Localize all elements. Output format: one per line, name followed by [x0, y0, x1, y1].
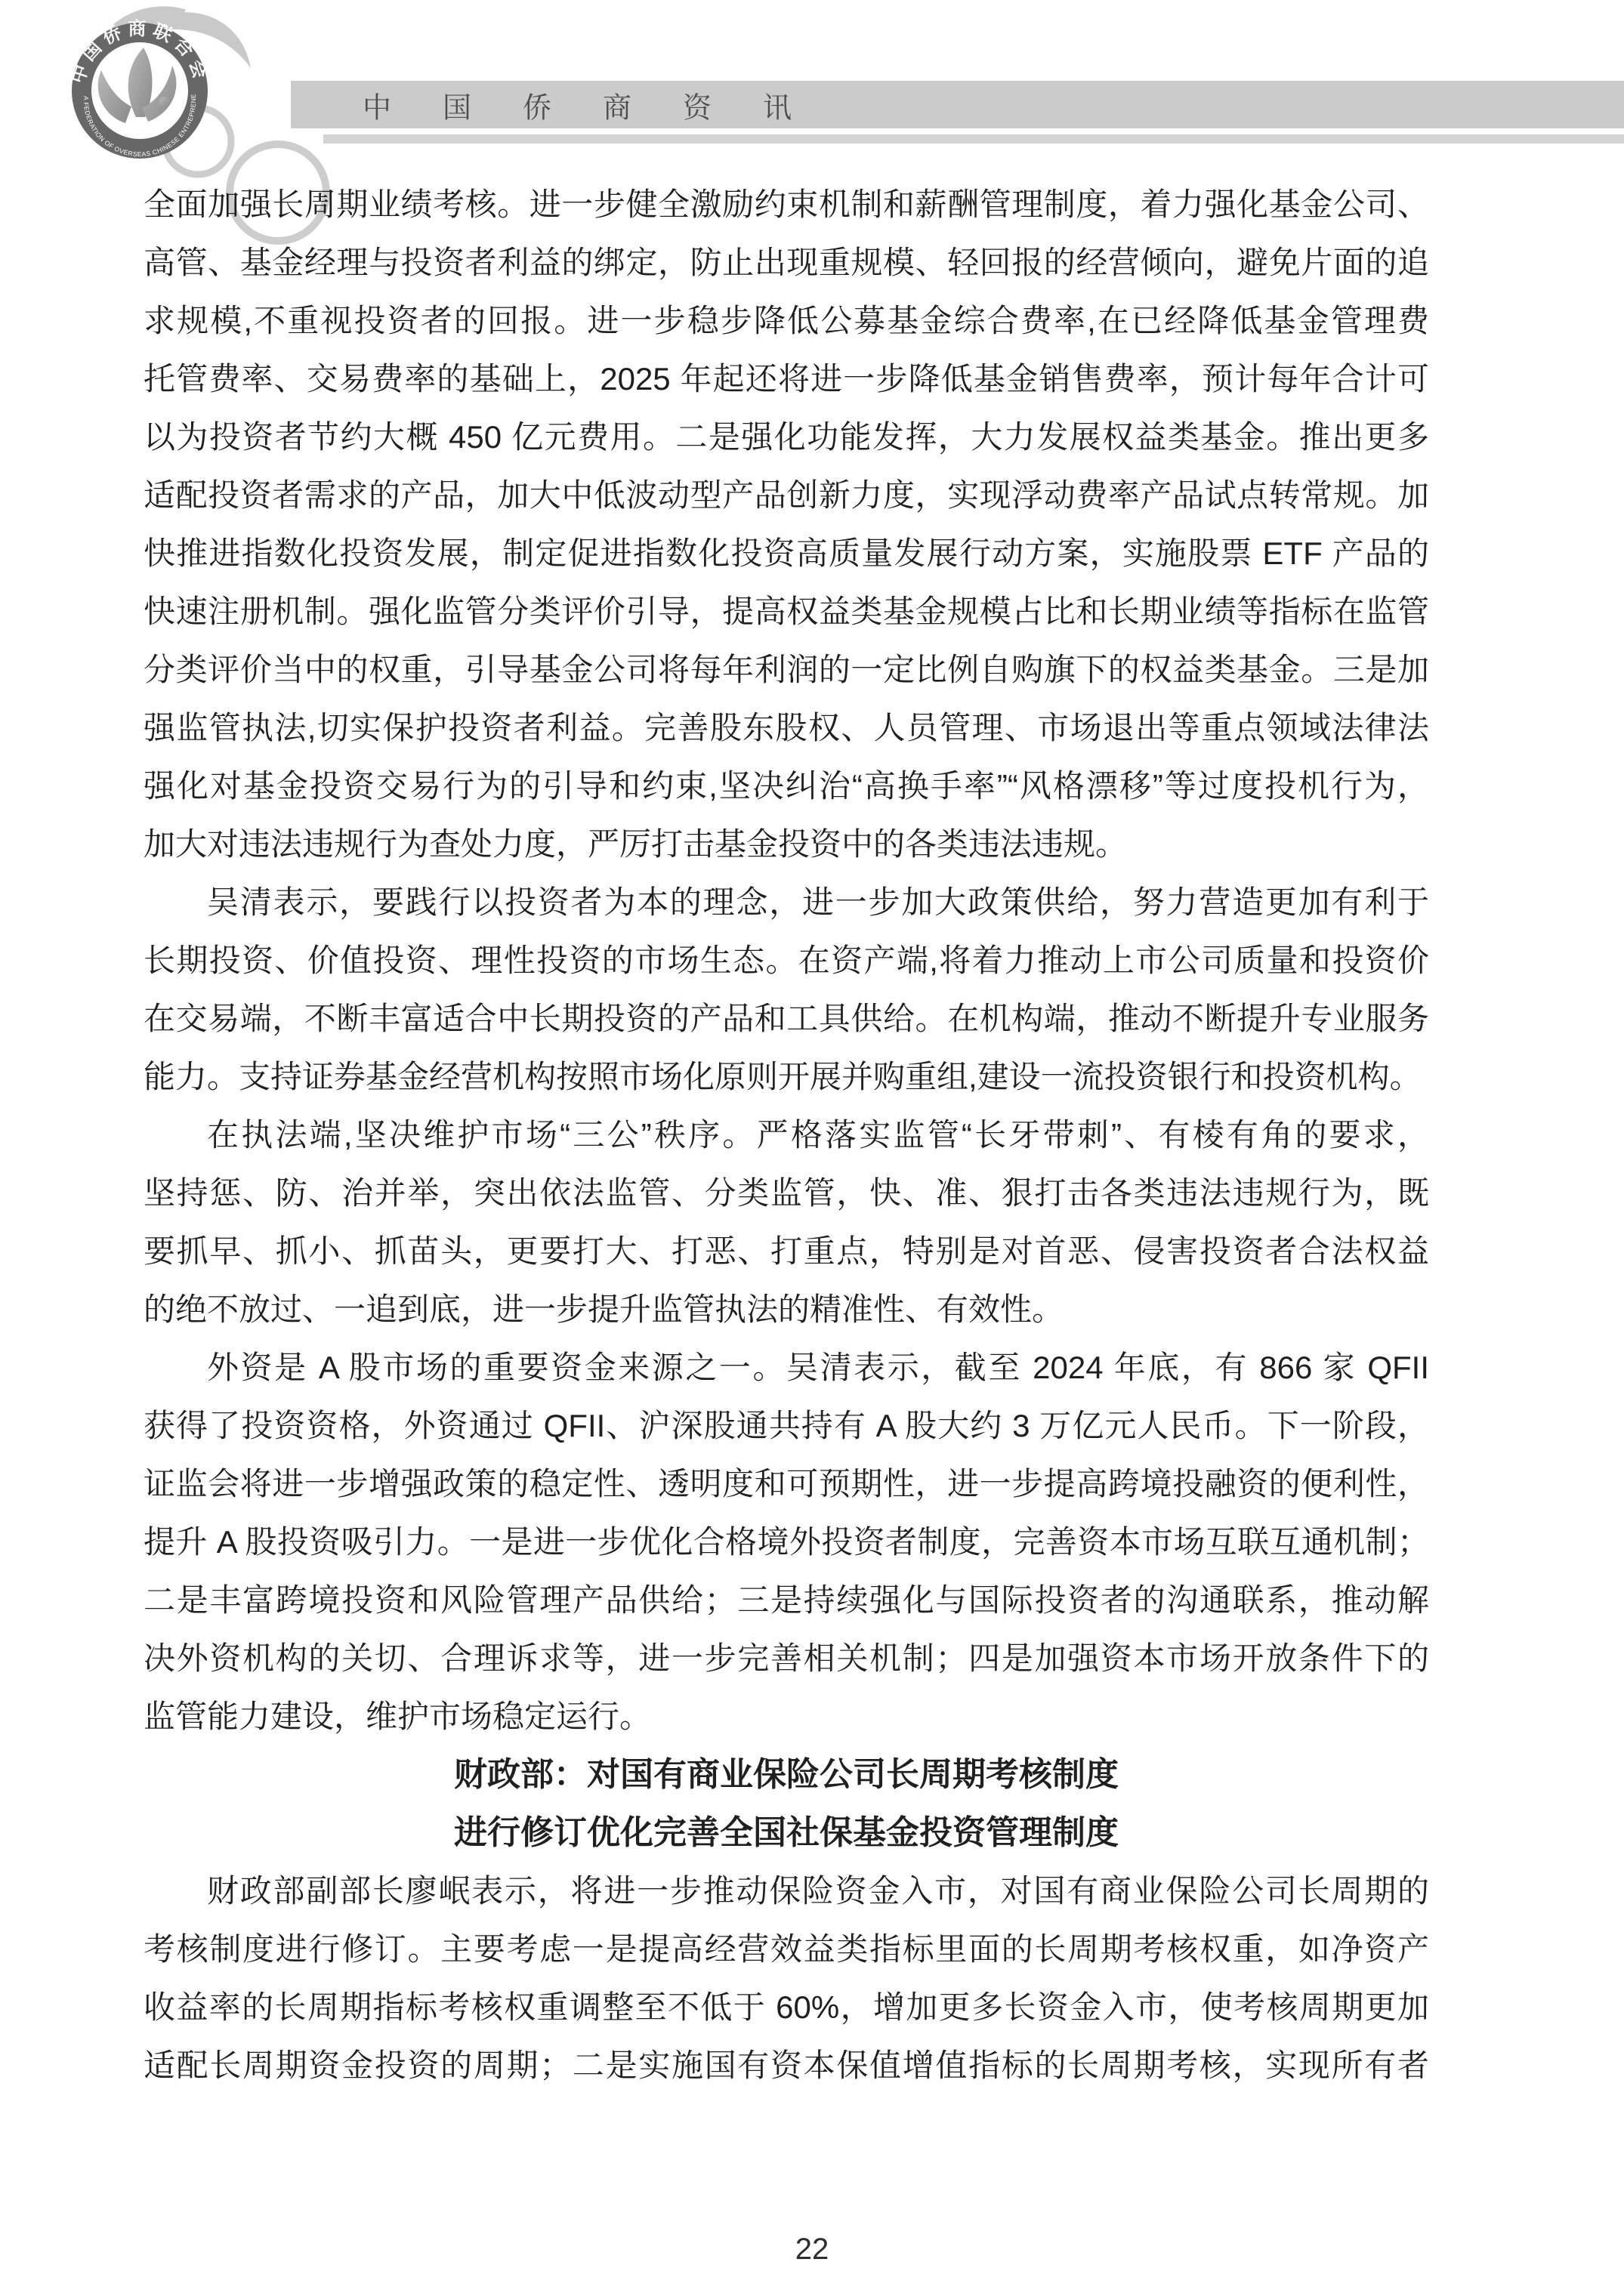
text-line: 求规模,不重视投资者的回报。进一步稳步降低公募基金综合费率,在已经降低基金管理费… — [144, 292, 1429, 350]
text-line: 外资是 A 股市场的重要资金来源之一。吴清表示，截至 2024 年底，有 866… — [144, 1338, 1429, 1396]
text-line: 在执法端,坚决维护市场“三公”秩序。严格落实监管“长牙带刺”、有棱有角的要求， — [144, 1106, 1429, 1164]
text-line: 高管、基金经理与投资者利益的绑定，防止出现重规模、轻回报的经营倾向，避免片面的追 — [144, 233, 1429, 292]
text-line: 二是丰富跨境投资和风险管理产品供给；三是持续强化与国际投资者的沟通联系，推动解 — [144, 1571, 1429, 1629]
text-line: 长期投资、价值投资、理性投资的市场生态。在资产端,将着力推动上市公司质量和投资价… — [144, 931, 1429, 989]
text-line: 快推进指数化投资发展，制定促进指数化投资高质量发展行动方案，实施股票 ETF 产… — [144, 524, 1429, 582]
text-line: 的绝不放过、一追到底，进一步提升监管执法的精准性、有效性。 — [144, 1280, 1429, 1338]
text-line: 以为投资者节约大概 450 亿元费用。二是强化功能发挥，大力发展权益类基金。推出… — [144, 408, 1429, 466]
text-line: 适配投资者需求的产品，加大中低波动型产品创新力度，实现浮动费率产品试点转常规。加 — [144, 466, 1429, 524]
text-line: 证监会将进一步增强政策的稳定性、透明度和可预期性，进一步提高跨境投融资的便利性， — [144, 1455, 1429, 1513]
text-line: 能力。支持证券基金经营机构按照市场化原则开展并购重组,建设一流投资银行和投资机构… — [144, 1048, 1429, 1106]
text-line: 坚持惩、防、治并举，突出依法监管、分类监管，快、准、狠打击各类违法违规行为，既 — [144, 1164, 1429, 1222]
text-line: 获得了投资资格，外资通过 QFII、沪深股通共持有 A 股大约 3 万亿元人民币… — [144, 1396, 1429, 1455]
header-banner: 中国侨商资讯 — [291, 81, 1624, 128]
section-heading-line: 进行修订优化完善全国社保基金投资管理制度 — [144, 1804, 1429, 1862]
text-line: 强化对基金投资交易行为的引导和约束,坚决纠治“高换手率”“风格漂移”等过度投机行… — [144, 757, 1429, 815]
text-line: 提升 A 股投资吸引力。一是进一步优化合格境外投资者制度，完善资本市场互联互通机… — [144, 1513, 1429, 1571]
text-line: 托管费率、交易费率的基础上，2025 年起还将进一步降低基金销售费率，预计每年合… — [144, 350, 1429, 408]
text-line: 吴清表示，要践行以投资者为本的理念，进一步加大政策供给，努力营造更加有利于 — [144, 873, 1429, 931]
text-line: 强监管执法,切实保护投资者利益。完善股东股权、人员管理、市场退出等重点领域法律法… — [144, 699, 1429, 757]
text-line: 加大对违法违规行为查处力度，严厉打击基金投资中的各类违法违规。 — [144, 815, 1429, 873]
section-heading-line: 财政部：对国有商业保险公司长周期考核制度 — [144, 1745, 1429, 1804]
text-line: 全面加强长周期业绩考核。进一步健全激励约束机制和薪酬管理制度，着力强化基金公司、 — [144, 175, 1429, 233]
text-line: 决外资机构的关切、合理诉求等，进一步完善相关机制；四是加强资本市场开放条件下的 — [144, 1629, 1429, 1687]
text-line: 在交易端，不断丰富适合中长期投资的产品和工具供给。在机构端，推动不断提升专业服务 — [144, 989, 1429, 1048]
body-text: 全面加强长周期业绩考核。进一步健全激励约束机制和薪酬管理制度，着力强化基金公司、… — [144, 175, 1429, 2094]
header-title: 中国侨商资讯 — [363, 84, 843, 125]
text-line: 财政部副部长廖岷表示，将进一步推动保险资金入市，对国有商业保险公司长周期的 — [144, 1862, 1429, 1920]
header-strip — [323, 134, 1624, 144]
document-page: 中国侨商资讯 中国侨商联合会 CHI — [0, 0, 1624, 2293]
text-line: 收益率的长周期指标考核权重调整至不低于 60%，增加更多长资金入市，使考核周期更… — [144, 1978, 1429, 2036]
text-line: 适配长周期资金投资的周期；二是实施国有资本保值增值指标的长周期考核，实现所有者 — [144, 2036, 1429, 2094]
text-line: 分类评价当中的权重，引导基金公司将每年利润的一定比例自购旗下的权益类基金。三是加 — [144, 640, 1429, 699]
text-line: 快速注册机制。强化监管分类评价引导，提高权益类基金规模占比和长期业绩等指标在监管 — [144, 582, 1429, 640]
text-line: 要抓早、抓小、抓苗头，更要打大、打恶、打重点，特别是对首恶、侵害投资者合法权益 — [144, 1222, 1429, 1280]
page-number: 22 — [0, 2233, 1624, 2267]
text-line: 监管能力建设，维护市场稳定运行。 — [144, 1687, 1429, 1745]
text-line: 考核制度进行修订。主要考虑一是提高经营效益类指标里面的长周期考核权重，如净资产 — [144, 1920, 1429, 1978]
